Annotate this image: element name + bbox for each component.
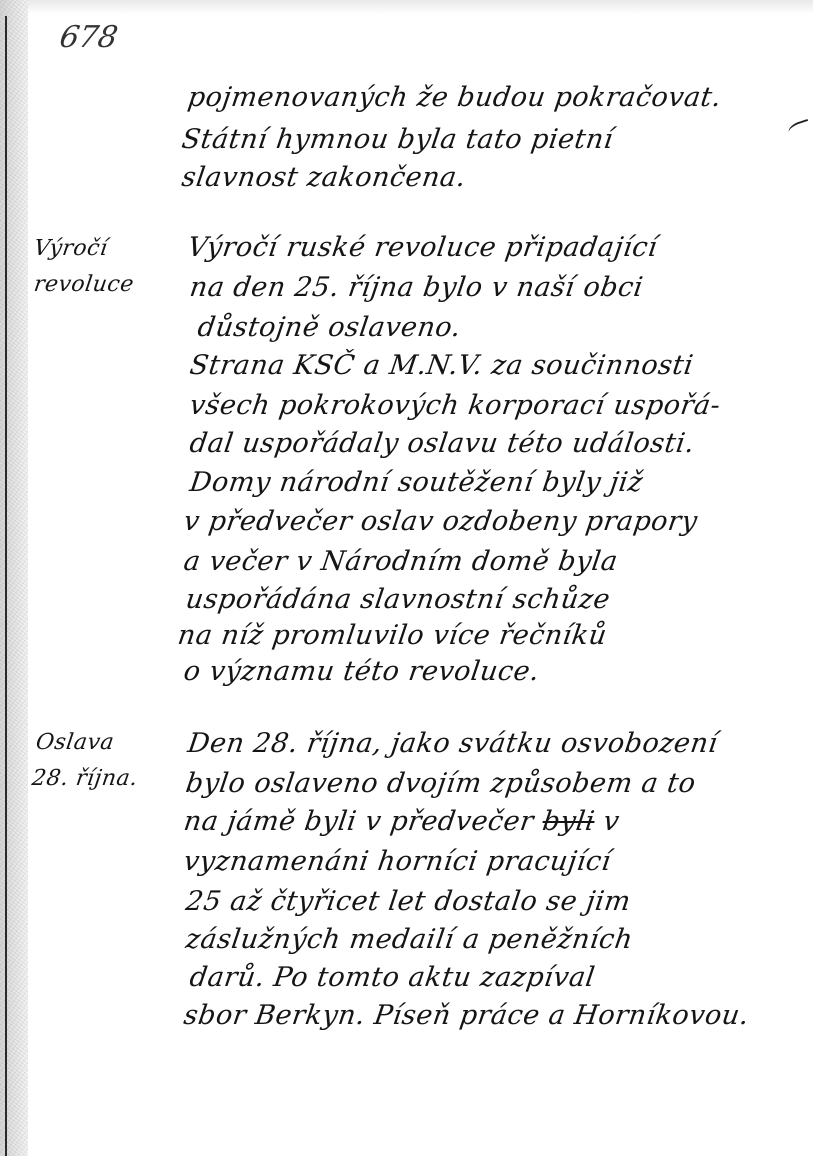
text-line: důstojně oslaveno. [196,312,463,343]
struck-word: byli [541,806,597,837]
text-line: Den 28. října, jako svátku osvobození [186,728,720,759]
text-line: Strana KSČ a M.N.V. za součinnosti [188,350,696,381]
text-line: darů. Po tomto aktu zazpíval [188,962,597,993]
page-number: 678 [57,20,120,55]
text-line: na jámě byli v předvečer byli v [182,806,622,837]
text-line: sbor Berkyn. Píseň práce a Horníkovou. [182,1000,751,1031]
text-line: uspořádána slavnostní schůze [184,584,612,615]
margin-note-subtitle: revoluce [32,272,135,297]
text-line: v předvečer oslav ozdobeny prapory [182,506,700,537]
text-fragment: na jámě byli v předvečer [182,806,536,837]
text-line: na den 25. října bylo v naší obci [188,272,645,303]
text-line: Výročí ruské revoluce připadající [186,232,660,263]
margin-note-title: Oslava [34,730,116,755]
text-line: 25 až čtyřicet let dostalo se jim [184,886,633,917]
text-line: vyznamenáni horníci pracující [182,846,613,877]
margin-note-subtitle: 28. října. [30,766,139,791]
text-line: Domy národní soutěžení byly již [188,467,645,498]
chronicle-page: 678 pojmenovaných že budou pokračovat. S… [0,0,813,1156]
margin-rule [5,16,7,1156]
text-line: záslužných medailí a peněžních [184,924,635,955]
text-line: dal uspořádaly oslavu této události. [188,428,697,459]
text-line: a večer v Národním domě byla [182,546,620,577]
text-fragment: v [601,806,621,837]
text-line: bylo oslaveno dvojím způsobem a to [184,768,698,799]
text-line: slavnost zakončena. [180,162,468,193]
text-line: pojmenovaných že budou pokračovat. [186,82,724,113]
text-line: Státní hymnou byla tato pietní [180,124,615,155]
margin-note-title: Výročí [32,236,109,261]
text-line: všech pokrokových korporací uspořá- [188,390,723,421]
text-line: o významu této revoluce. [182,656,542,687]
margin-mark [787,119,812,137]
text-line: na níž promluvilo více řečníků [176,620,609,651]
